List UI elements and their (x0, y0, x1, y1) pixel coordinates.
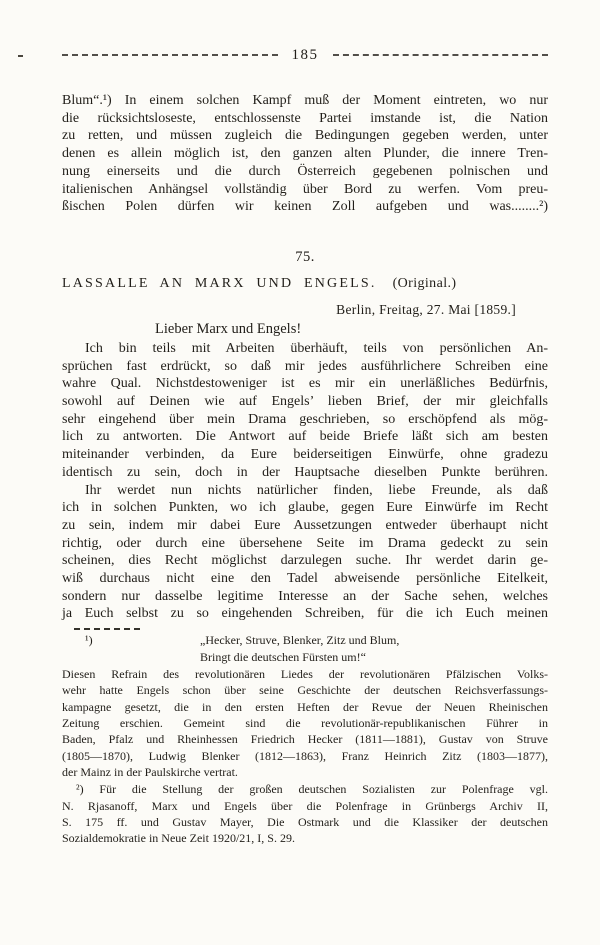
book-page: 185 Blum“.¹) In einem solchen Kampf muß … (0, 0, 600, 945)
text-line: N. Rjasanoff, Marx und Engels über die P… (62, 798, 548, 814)
text-line: Diesen Refrain des revolutionären Liedes… (62, 666, 548, 682)
text-line: identisch zu sein, doch in der Hauptsach… (62, 464, 548, 482)
page-number: 185 (278, 47, 333, 64)
page-header: 185 (62, 46, 548, 64)
text-line: scheinen, dies Recht möglichst darzulege… (62, 552, 548, 570)
verse-line: „Hecker, Struve, Blenker, Zitz und Blum, (200, 632, 548, 648)
verse-line: Bringt die deutschen Fürsten um!“ (200, 649, 548, 665)
text-line: wehr hatte Engels schon über seine Gesch… (62, 682, 548, 698)
header-rule-left (62, 54, 278, 56)
original-note: (Original.) (393, 276, 457, 291)
header-rule-right (333, 54, 549, 56)
text-line: zu retten, und müssen zugleich die Bedin… (62, 127, 548, 145)
letter-number: 75. (62, 249, 548, 266)
text-line: sehr eingehend über mein Drama geschrieb… (62, 411, 548, 429)
text-line: Baden, Pfalz und Rheinhessen Friedrich H… (62, 731, 548, 747)
text-line: ²) Für die Stellung der großen deutschen… (62, 781, 548, 797)
text-line: nung einerseits und die durch Österreich… (62, 163, 548, 181)
text-line: (1805—1870), Ludwig Blenker (1812—1863),… (62, 748, 548, 764)
text-line: ja Euch selbst zu so eingehenden Schreib… (62, 605, 548, 623)
text-line: denen es allein möglich ist, den ganzen … (62, 145, 548, 163)
text-line: miteinander verbinden, da Eure beidersei… (62, 446, 548, 464)
text-line: Sozialdemokratie in Neue Zeit 1920/21, I… (62, 830, 548, 846)
text-line: die rücksichtsloseste, entschlossenste P… (62, 110, 548, 128)
paragraph: Ihr werdet nun nichts natürlicher finden… (62, 482, 548, 624)
salutation: Lieber Marx und Engels! (155, 321, 548, 338)
text-line: zu sein, indem mir dabei Eure Aussetzung… (62, 517, 548, 535)
text-line: Blum“.¹) In einem solchen Kampf muß der … (62, 92, 548, 110)
text-line: richtig, oder durch eine übersehene Seit… (62, 535, 548, 553)
text-line: S. 175 ff. und Gustav Mayer, Die Ostmark… (62, 814, 548, 830)
paragraph-continuation: Blum“.¹) In einem solchen Kampf muß der … (62, 92, 548, 216)
text-column: 185 Blum“.¹) In einem solchen Kampf muß … (62, 0, 548, 847)
text-line: kampagne gesetzt, die in den ersten Heft… (62, 699, 548, 715)
text-line: Ich bin teils mit Arbeiten überhäuft, te… (62, 340, 548, 358)
letter-title: LASSALLE AN MARX UND ENGELS.(Original.) (62, 276, 548, 292)
footnote-1-verse: ¹) „Hecker, Struve, Blenker, Zitz und Bl… (200, 632, 548, 665)
footnote-1-marker: ¹) (85, 632, 93, 648)
text-line: ich in solchen Punkten, wo ich glaube, g… (62, 499, 548, 517)
text-line: der Mainz in der Paulskirche vertrat. (62, 764, 548, 780)
scan-artifact-dot (18, 55, 23, 57)
text-line: lich zu antworten. Die Antwort auf beide… (62, 428, 548, 446)
text-line: wiß durchaus nicht eine den Tadel abweis… (62, 570, 548, 588)
text-line: ßischen Polen dürfen wir keinen Zoll auf… (62, 198, 548, 216)
footnotes-section: ¹) „Hecker, Struve, Blenker, Zitz und Bl… (62, 632, 548, 846)
paragraph: Ich bin teils mit Arbeiten überhäuft, te… (62, 340, 548, 482)
text-line: Zeitung erschien. Gemeint sind die revol… (62, 715, 548, 731)
text-line: sondern nur dasselbe legitime Interesse … (62, 588, 548, 606)
text-line: Ihr werdet nun nichts natürlicher finden… (62, 482, 548, 500)
letter-title-caps: LASSALLE AN MARX UND ENGELS. (62, 276, 377, 291)
text-line: wahre Qual. Nichstdestoweniger ist es mi… (62, 375, 548, 393)
text-line: sowohl auf Deinen wie auf Engels’ lieben… (62, 393, 548, 411)
footnote-separator-rule (74, 628, 140, 630)
footnote-1-text: Diesen Refrain des revolutionären Liedes… (62, 666, 548, 780)
dateline: Berlin, Freitag, 27. Mai [1859.] (62, 302, 548, 318)
text-line: sprüchen fast erdrückt, so daß mir jedes… (62, 358, 548, 376)
text-line: italienischen Anhängsel vollständig über… (62, 181, 548, 199)
footnote-2-text: ²) Für die Stellung der großen deutschen… (62, 781, 548, 846)
